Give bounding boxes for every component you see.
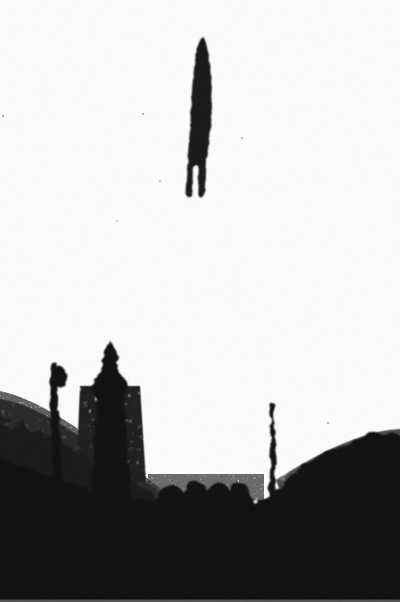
photo-frame [0,0,400,602]
film-grain-light [0,0,400,602]
photo [0,0,400,602]
